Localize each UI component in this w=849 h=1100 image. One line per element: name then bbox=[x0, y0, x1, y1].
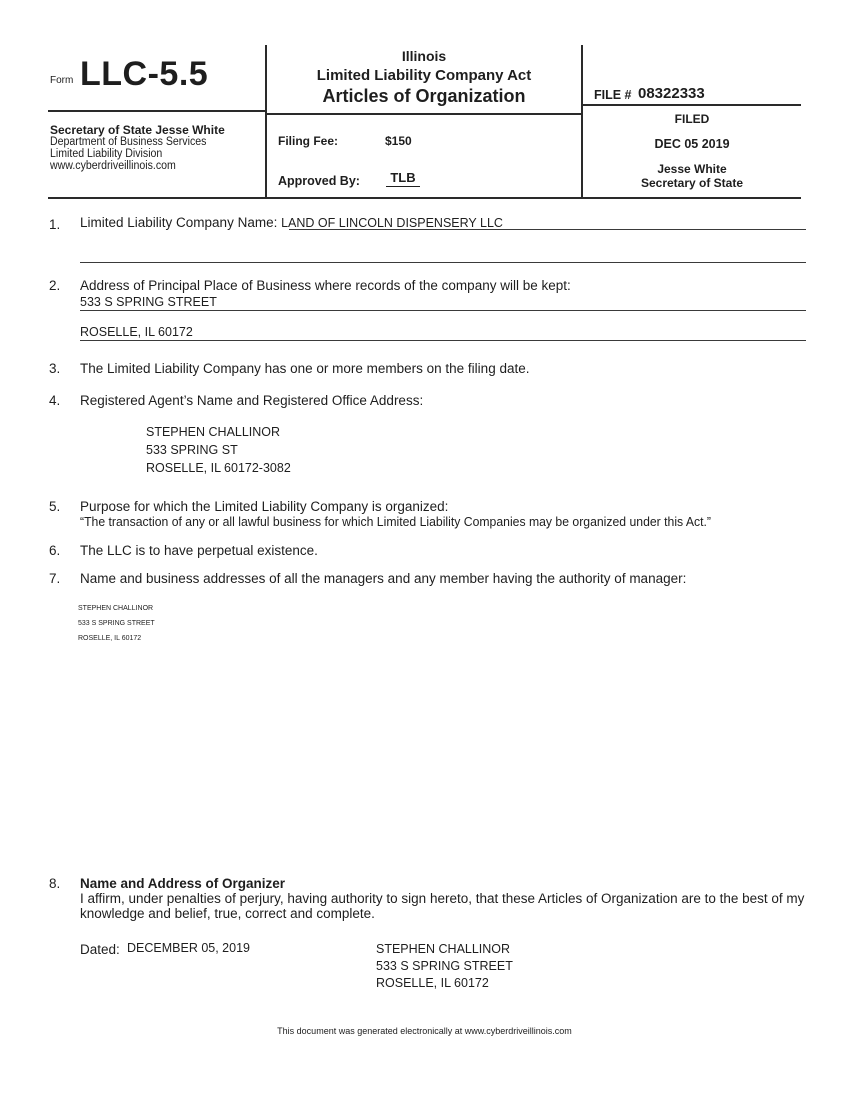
title-act: Limited Liability Company Act bbox=[266, 67, 582, 84]
item-5-number: 5. bbox=[49, 499, 60, 514]
item-7-number: 7. bbox=[49, 571, 60, 586]
manager-name: STEPHEN CHALLINOR bbox=[78, 601, 155, 616]
filing-fee-label: Filing Fee: bbox=[278, 134, 338, 148]
footer-note: This document was generated electronical… bbox=[0, 1026, 849, 1036]
item-6-number: 6. bbox=[49, 543, 60, 558]
item-4-number: 4. bbox=[49, 393, 60, 408]
principal-address-underline-2 bbox=[80, 340, 806, 341]
title-state: Illinois bbox=[266, 48, 582, 64]
file-number: 08322333 bbox=[638, 85, 705, 102]
header-divider-left-horizontal bbox=[48, 110, 266, 112]
company-name-value: LAND OF LINCOLN DISPENSERY LLC bbox=[281, 216, 503, 230]
principal-address-underline-1 bbox=[80, 310, 806, 311]
principal-address-line-2: ROSELLE, IL 60172 bbox=[80, 325, 193, 339]
organizer-name: STEPHEN CHALLINOR bbox=[376, 941, 513, 958]
filed-stamp-date: DEC 05 2019 bbox=[584, 137, 800, 151]
agent-city: ROSELLE, IL 60172-3082 bbox=[146, 459, 291, 477]
filing-fee-value: $150 bbox=[385, 134, 412, 148]
title-document: Articles of Organization bbox=[266, 86, 582, 107]
registered-agent-address: STEPHEN CHALLINOR 533 SPRING ST ROSELLE,… bbox=[146, 423, 291, 477]
item-6-text: The LLC is to have perpetual existence. bbox=[80, 543, 318, 558]
manager-address: STEPHEN CHALLINOR 533 S SPRING STREET RO… bbox=[78, 601, 155, 646]
item-1-label: Limited Liability Company Name: bbox=[80, 215, 277, 230]
manager-city: ROSELLE, IL 60172 bbox=[78, 631, 155, 646]
company-name-underline-2 bbox=[80, 262, 806, 263]
item-4-label: Registered Agent’s Name and Registered O… bbox=[80, 393, 423, 408]
filed-stamp-signatory: Jesse White Secretary of State bbox=[584, 162, 800, 190]
item-1-company-name: Limited Liability Company Name: LAND OF … bbox=[80, 215, 503, 230]
header-divider-right-horizontal bbox=[582, 104, 801, 106]
issuing-office: Secretary of State Jesse White Departmen… bbox=[50, 124, 225, 172]
item-5-label: Purpose for which the Limited Liability … bbox=[80, 499, 448, 514]
filed-by-name: Jesse White bbox=[584, 162, 800, 176]
organizer-city: ROSELLE, IL 60172 bbox=[376, 975, 513, 992]
filed-by-title: Secretary of State bbox=[584, 176, 800, 190]
filed-stamp-label: FILED bbox=[584, 112, 800, 126]
form-prefix: Form bbox=[50, 75, 73, 86]
item-1-number: 1. bbox=[49, 217, 60, 232]
header-bottom-rule bbox=[48, 197, 801, 199]
item-7-label: Name and business addresses of all the m… bbox=[80, 571, 686, 586]
manager-street: 533 S SPRING STREET bbox=[78, 616, 155, 631]
header-divider-center-horizontal bbox=[266, 113, 582, 115]
approved-by-label: Approved By: bbox=[278, 174, 360, 188]
approved-by-value: TLB bbox=[386, 170, 420, 187]
dated-label: Dated: bbox=[80, 942, 120, 957]
department: Department of Business Services bbox=[50, 136, 211, 148]
division: Limited Liability Division bbox=[50, 148, 211, 160]
organizer-street: 533 S SPRING STREET bbox=[376, 958, 513, 975]
item-3-number: 3. bbox=[49, 361, 60, 376]
item-8-affirmation: I affirm, under penalties of perjury, ha… bbox=[80, 891, 810, 921]
agent-name: STEPHEN CHALLINOR bbox=[146, 423, 291, 441]
organizer-address: STEPHEN CHALLINOR 533 S SPRING STREET RO… bbox=[376, 941, 513, 992]
website: www.cyberdriveillinois.com bbox=[50, 160, 211, 172]
item-5-purpose: “The transaction of any or all lawful bu… bbox=[80, 514, 711, 529]
file-number-label: FILE # bbox=[594, 88, 632, 102]
dated-value: DECEMBER 05, 2019 bbox=[127, 941, 250, 955]
item-3-text: The Limited Liability Company has one or… bbox=[80, 361, 529, 376]
secretary-name: Secretary of State Jesse White bbox=[50, 124, 225, 136]
form-number: LLC-5.5 bbox=[80, 55, 208, 94]
item-8-number: 8. bbox=[49, 876, 60, 891]
item-2-number: 2. bbox=[49, 278, 60, 293]
agent-street: 533 SPRING ST bbox=[146, 441, 291, 459]
item-8-title: Name and Address of Organizer bbox=[80, 876, 285, 891]
principal-address-line-1: 533 S SPRING STREET bbox=[80, 295, 217, 309]
company-name-underline bbox=[289, 229, 806, 230]
item-2-label: Address of Principal Place of Business w… bbox=[80, 278, 571, 293]
